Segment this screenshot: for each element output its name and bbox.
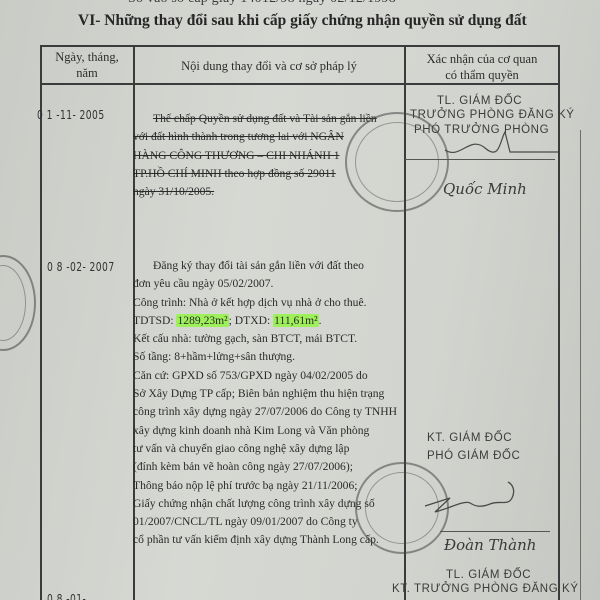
header-content: Nội dung thay đổi và cơ sở pháp lý (135, 58, 403, 74)
table-right-border (558, 45, 560, 600)
margin-seal-stamp (0, 255, 36, 351)
dtxd-label: ; DTXD: (229, 314, 273, 327)
row-1-confirm-line-2: TRƯỞNG PHÒNG ĐĂNG KÝ (410, 109, 575, 121)
header-bottom-border (40, 83, 559, 85)
section-title: VI- Những thay đổi sau khi cấp giấy chứn… (78, 12, 527, 30)
header-confirmation-line-2: có thẩm quyền (406, 67, 558, 83)
header-date: Ngày, tháng, năm (42, 49, 132, 81)
row-1-sign-line (405, 159, 555, 160)
header-date-line-2: năm (42, 65, 132, 81)
row-2-signer: Đoàn Thành (444, 536, 536, 554)
row-1-signer: Quốc Minh (443, 180, 527, 198)
row-2-confirm-line-2: PHÓ GIÁM ĐỐC (427, 450, 520, 462)
row-1-date: 0 1 -11- 2005 (37, 108, 105, 122)
row-2-line: xây dựng kinh doanh nhà Kim Long và Văn … (133, 422, 413, 440)
row-2-date: 0 8 -02- 2007 (47, 260, 115, 274)
row-3-confirm-line-1: TL. GIÁM ĐỐC (446, 569, 531, 581)
tdtsd-label: TDTSD: (133, 314, 176, 327)
row-2-area-line: TDTSD: 1289,23m²; DTXD: 111,61m². (133, 312, 413, 330)
area-end: . (319, 314, 322, 327)
page-margin-line (580, 130, 581, 600)
registry-number-line: Số vào sổ cấp giấy 14012/98 ngày 02/12/1… (128, 0, 396, 7)
row-2-line: Căn cứ: GPXD số 753/GPXD ngày 04/02/2005… (133, 367, 413, 385)
row-1-signature-icon (440, 130, 560, 160)
row-2-line: Số tầng: 8+hầm+lửng+sân thượng. (133, 348, 413, 366)
row-2-signature-icon (420, 478, 520, 518)
row-2-confirm-line-1: KT. GIÁM ĐỐC (427, 432, 512, 444)
row-2-line: Sở Xây Dựng TP cấp; Biên bản nghiệm thu … (133, 385, 413, 403)
row-2-line: Công trình: Nhà ở kết hợp dịch vụ nhà ở … (133, 294, 413, 312)
row-2-sign-line (440, 531, 550, 532)
header-confirmation: Xác nhận của cơ quan có thẩm quyền (406, 51, 558, 83)
row-3-confirm-line-2: KT. TRƯỞNG PHÒNG ĐĂNG KÝ (392, 583, 579, 595)
header-date-line-1: Ngày, tháng, (42, 49, 132, 65)
dtxd-value-highlight: 111,61m² (273, 314, 319, 327)
row-2-line: Đăng ký thay đổi tài sản gắn liền với đấ… (133, 257, 413, 275)
row-2-line: công trình xây dựng ngày 27/07/2006 do C… (133, 403, 413, 421)
row-3-date: 0 8 -01- (47, 592, 86, 600)
row-2-line: đơn yêu cầu ngày 05/02/2007. (133, 275, 413, 293)
table-left-border (40, 45, 42, 600)
tdtsd-value-highlight: 1289,23m² (176, 314, 228, 327)
row-2-line: tư vấn và chuyển giao công nghệ xây dựng… (133, 440, 413, 458)
row-2-line: Kết cấu nhà: tường gạch, sàn BTCT, mái B… (133, 330, 413, 348)
header-confirmation-line-1: Xác nhận của cơ quan (406, 51, 558, 67)
table-top-border (40, 45, 559, 47)
row-1-confirm-line-1: TL. GIÁM ĐỐC (437, 95, 522, 107)
